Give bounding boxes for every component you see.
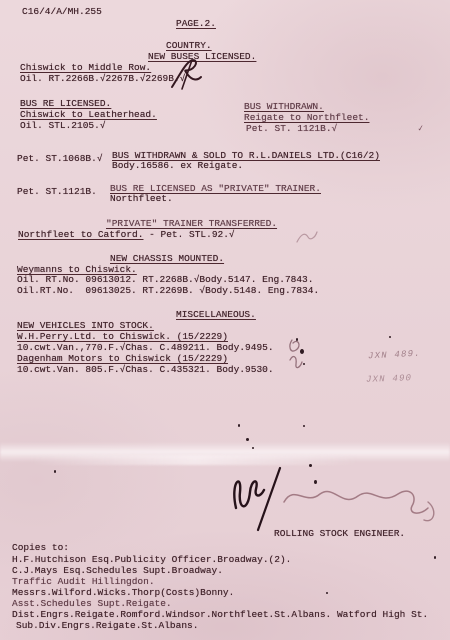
document-page: C16/4/A/MH.255 PAGE.2. COUNTRY. NEW BUSE… [0,0,450,640]
copies-recipient: Sub.Div.Engrs.Reigate.St.Albans. [16,621,198,631]
miscellaneous-heading: MISCELLANEOUS. [176,310,256,320]
withdrawn-vehicle-line: Pet. ST. 1121B.√ [246,124,337,134]
vehicle-detail-line: 10.cwt.Van. 805.F.√Chas. C.435321. Body.… [17,365,274,375]
copies-label: Copies to: [12,543,69,553]
trainer-transferred-line: Northfleet to Catford. - Pet. STL.92.√ [18,230,235,240]
ink-speck [296,338,298,341]
re-licensed-vehicle-line: Oil. STL.2105.√ [20,121,106,131]
new-vehicles-heading: NEW VEHICLES INTO STOCK. [17,321,154,331]
ink-speck [54,470,56,473]
vehicle-detail-line: 10.cwt.Van.,770.F.√Chas. C.489211. Body.… [17,343,274,353]
copies-recipient: H.F.Hutchison Esq.Publicity Officer.Broa… [12,555,291,565]
ink-speck [326,592,328,594]
ink-speck [252,447,254,449]
pencil-scribble-mark [294,228,320,246]
trainer-transferred-detail: - Pet. STL.92.√ [143,229,234,240]
handwritten-registration-note: JXN 490 [366,373,413,385]
trainer-transferred-route: Northfleet to Catford. [18,229,143,240]
ink-speck [238,424,240,427]
copies-recipient: Messrs.Wilford.Wicks.Thorp(Costs)Bonny. [12,588,234,598]
copies-recipient: Asst.Schedules Supt.Reigate. [12,599,172,609]
trainer-transferred-heading: "PRIVATE" TRAINER TRANSFERRED. [106,219,277,229]
pencil-check-mark: ✓ [417,124,424,135]
route-reigate-northfleet: Reigate to Northfleet. [244,113,369,123]
bus-re-licensed-heading: BUS RE LICENSED. [20,99,111,109]
ink-speck [300,349,304,354]
supplier-line: W.H.Perry.Ltd. to Chiswick. (15/2229) [17,332,228,342]
bus-withdrawn-heading: BUS WITHDRAWN. [244,102,324,112]
licensed-vehicles-line: Oil. RT.2266B.√2267B.√2269B.√ [20,74,185,84]
trainer-location: Northfleet. [110,194,173,204]
file-reference: C16/4/A/MH.255 [22,7,102,17]
trainer-vehicle-number: Pet. ST.1121B. [17,187,97,197]
sold-body-detail: Body.16586. ex Reigate. [112,161,243,171]
country-heading: COUNTRY. [166,41,212,51]
ink-speck [246,438,249,441]
signoff-title: ROLLING STOCK ENGINEER. [274,529,405,539]
copies-recipient: C.J.Mays Esq.Schedules Supt.Broadway. [12,566,223,576]
ink-speck [434,556,436,559]
ink-speck [303,425,305,427]
ink-speck [389,336,391,338]
route-chiswick-leatherhead: Chiswick to Leatherhead. [20,110,157,120]
supplier-line: Dagenham Motors to Chiswick (15/2229) [17,354,228,364]
route-chiswick-middle-row: Chiswick to Middle Row. [20,63,151,73]
sold-vehicle-number: Pet. ST.1068B.√ [17,154,103,164]
chassis-row: Oil.RT.No. 09613025. RT.2269B. √Body.514… [17,286,319,296]
signature [222,462,447,534]
chassis-row: Oil. RT.No. 09613012. RT.2268B.√Body.514… [17,275,313,285]
copies-recipient: Traffic Audit Hillingdon. [12,577,155,587]
page-title: PAGE.2. [176,19,216,29]
ink-speck [303,363,305,365]
copies-recipient: Dist.Engrs.Reigate.Romford.Windsor.North… [12,610,428,620]
handwritten-registration-note: JXN 489. [368,349,421,362]
new-chassis-heading: NEW CHASSIS MOUNTED. [110,254,224,264]
pen-flourish-mark [168,58,204,90]
